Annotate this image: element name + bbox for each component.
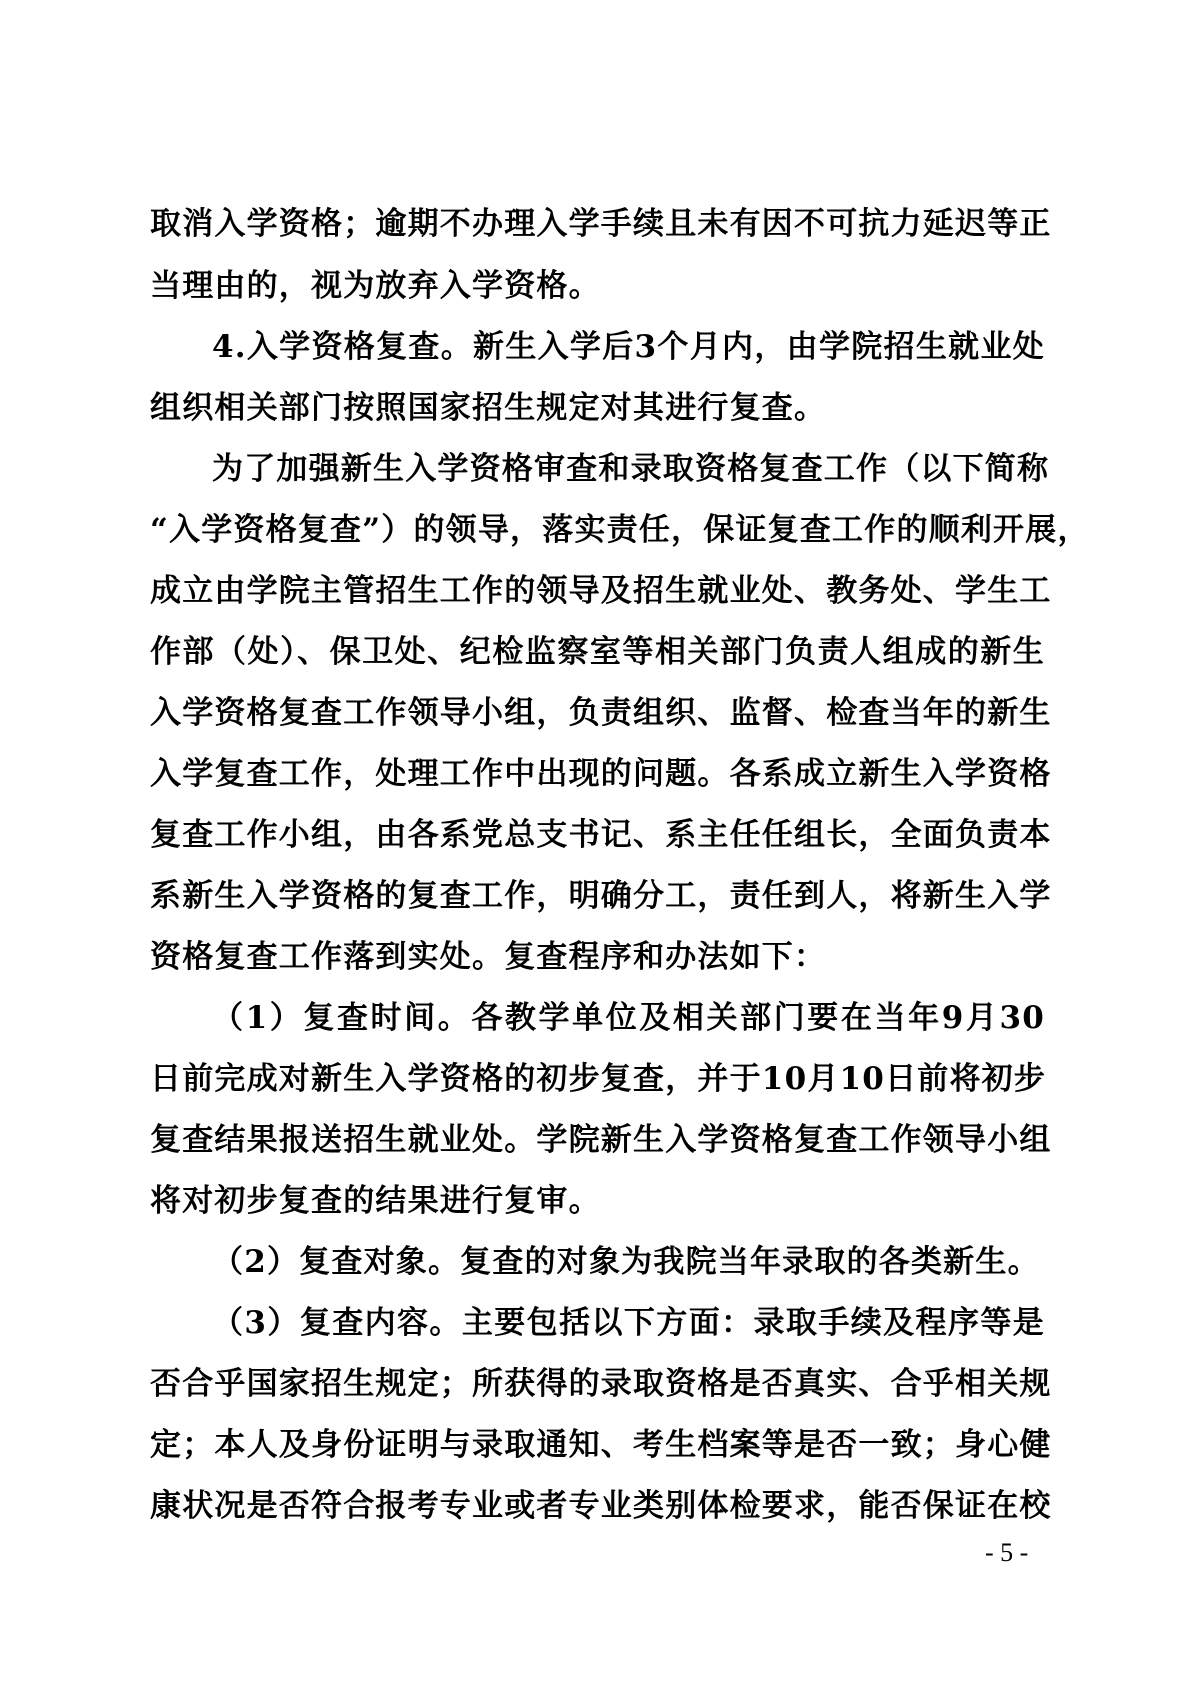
text-line: 当理由的，视为放弃入学资格。 bbox=[150, 262, 1045, 310]
page-number: - 5 - bbox=[985, 1538, 1028, 1568]
text-line: 系新生入学资格的复查工作，明确分工，责任到人，将新生入学 bbox=[150, 872, 1045, 920]
text-line: 入学复查工作，处理工作中出现的问题。各系成立新生入学资格 bbox=[150, 750, 1045, 798]
text-line: 作部（处）、保卫处、纪检监察室等相关部门负责人组成的新生 bbox=[150, 628, 1045, 676]
text-line: 复查工作小组，由各系党总支书记、系主任任组长，全面负责本 bbox=[150, 811, 1045, 859]
section-heading-line: 4.入学资格复查。新生入学后3个月内，由学院招生就业处 bbox=[212, 323, 1045, 371]
section-heading: 4.入学资格复查。 bbox=[212, 329, 473, 365]
text-line: 日前完成对新生入学资格的初步复查，并于10月10日前将初步 bbox=[150, 1055, 1045, 1103]
text-line: 组织相关部门按照国家招生规定对其进行复查。 bbox=[150, 384, 1045, 432]
text-line: 康状况是否符合报考专业或者专业类别体检要求，能否保证在校 bbox=[150, 1482, 1045, 1530]
text-line: 复查结果报送招生就业处。学院新生入学资格复查工作领导小组 bbox=[150, 1116, 1045, 1164]
text-line: 取消入学资格；逾期不办理入学手续且未有因不可抗力延迟等正 bbox=[150, 200, 1045, 248]
document-page: 取消入学资格；逾期不办理入学手续且未有因不可抗力延迟等正 当理由的，视为放弃入学… bbox=[0, 0, 1191, 1684]
text-line: 成立由学院主管招生工作的领导及招生就业处、教务处、学生工 bbox=[150, 567, 1045, 615]
text-line: 将对初步复查的结果进行复审。 bbox=[150, 1177, 1045, 1225]
text-line: （3）复查内容。主要包括以下方面：录取手续及程序等是 bbox=[212, 1299, 1045, 1347]
text-line: 为了加强新生入学资格审查和录取资格复查工作（以下简称 bbox=[212, 445, 1045, 493]
text-line: （2）复查对象。复查的对象为我院当年录取的各类新生。 bbox=[212, 1238, 1045, 1286]
text-line: 入学资格复查工作领导小组，负责组织、监督、检查当年的新生 bbox=[150, 689, 1045, 737]
text-line: 资格复查工作落到实处。复查程序和办法如下： bbox=[150, 933, 1045, 981]
text-line: 定；本人及身份证明与录取通知、考生档案等是否一致；身心健 bbox=[150, 1421, 1045, 1469]
section-text: 新生入学后3个月内，由学院招生就业处 bbox=[473, 329, 1045, 365]
text-line: （1）复查时间。各教学单位及相关部门要在当年9月30 bbox=[212, 994, 1045, 1042]
text-line: 否合乎国家招生规定；所获得的录取资格是否真实、合乎相关规 bbox=[150, 1360, 1045, 1408]
text-line: “入学资格复查”）的领导，落实责任，保证复查工作的顺利开展， bbox=[150, 506, 1045, 554]
